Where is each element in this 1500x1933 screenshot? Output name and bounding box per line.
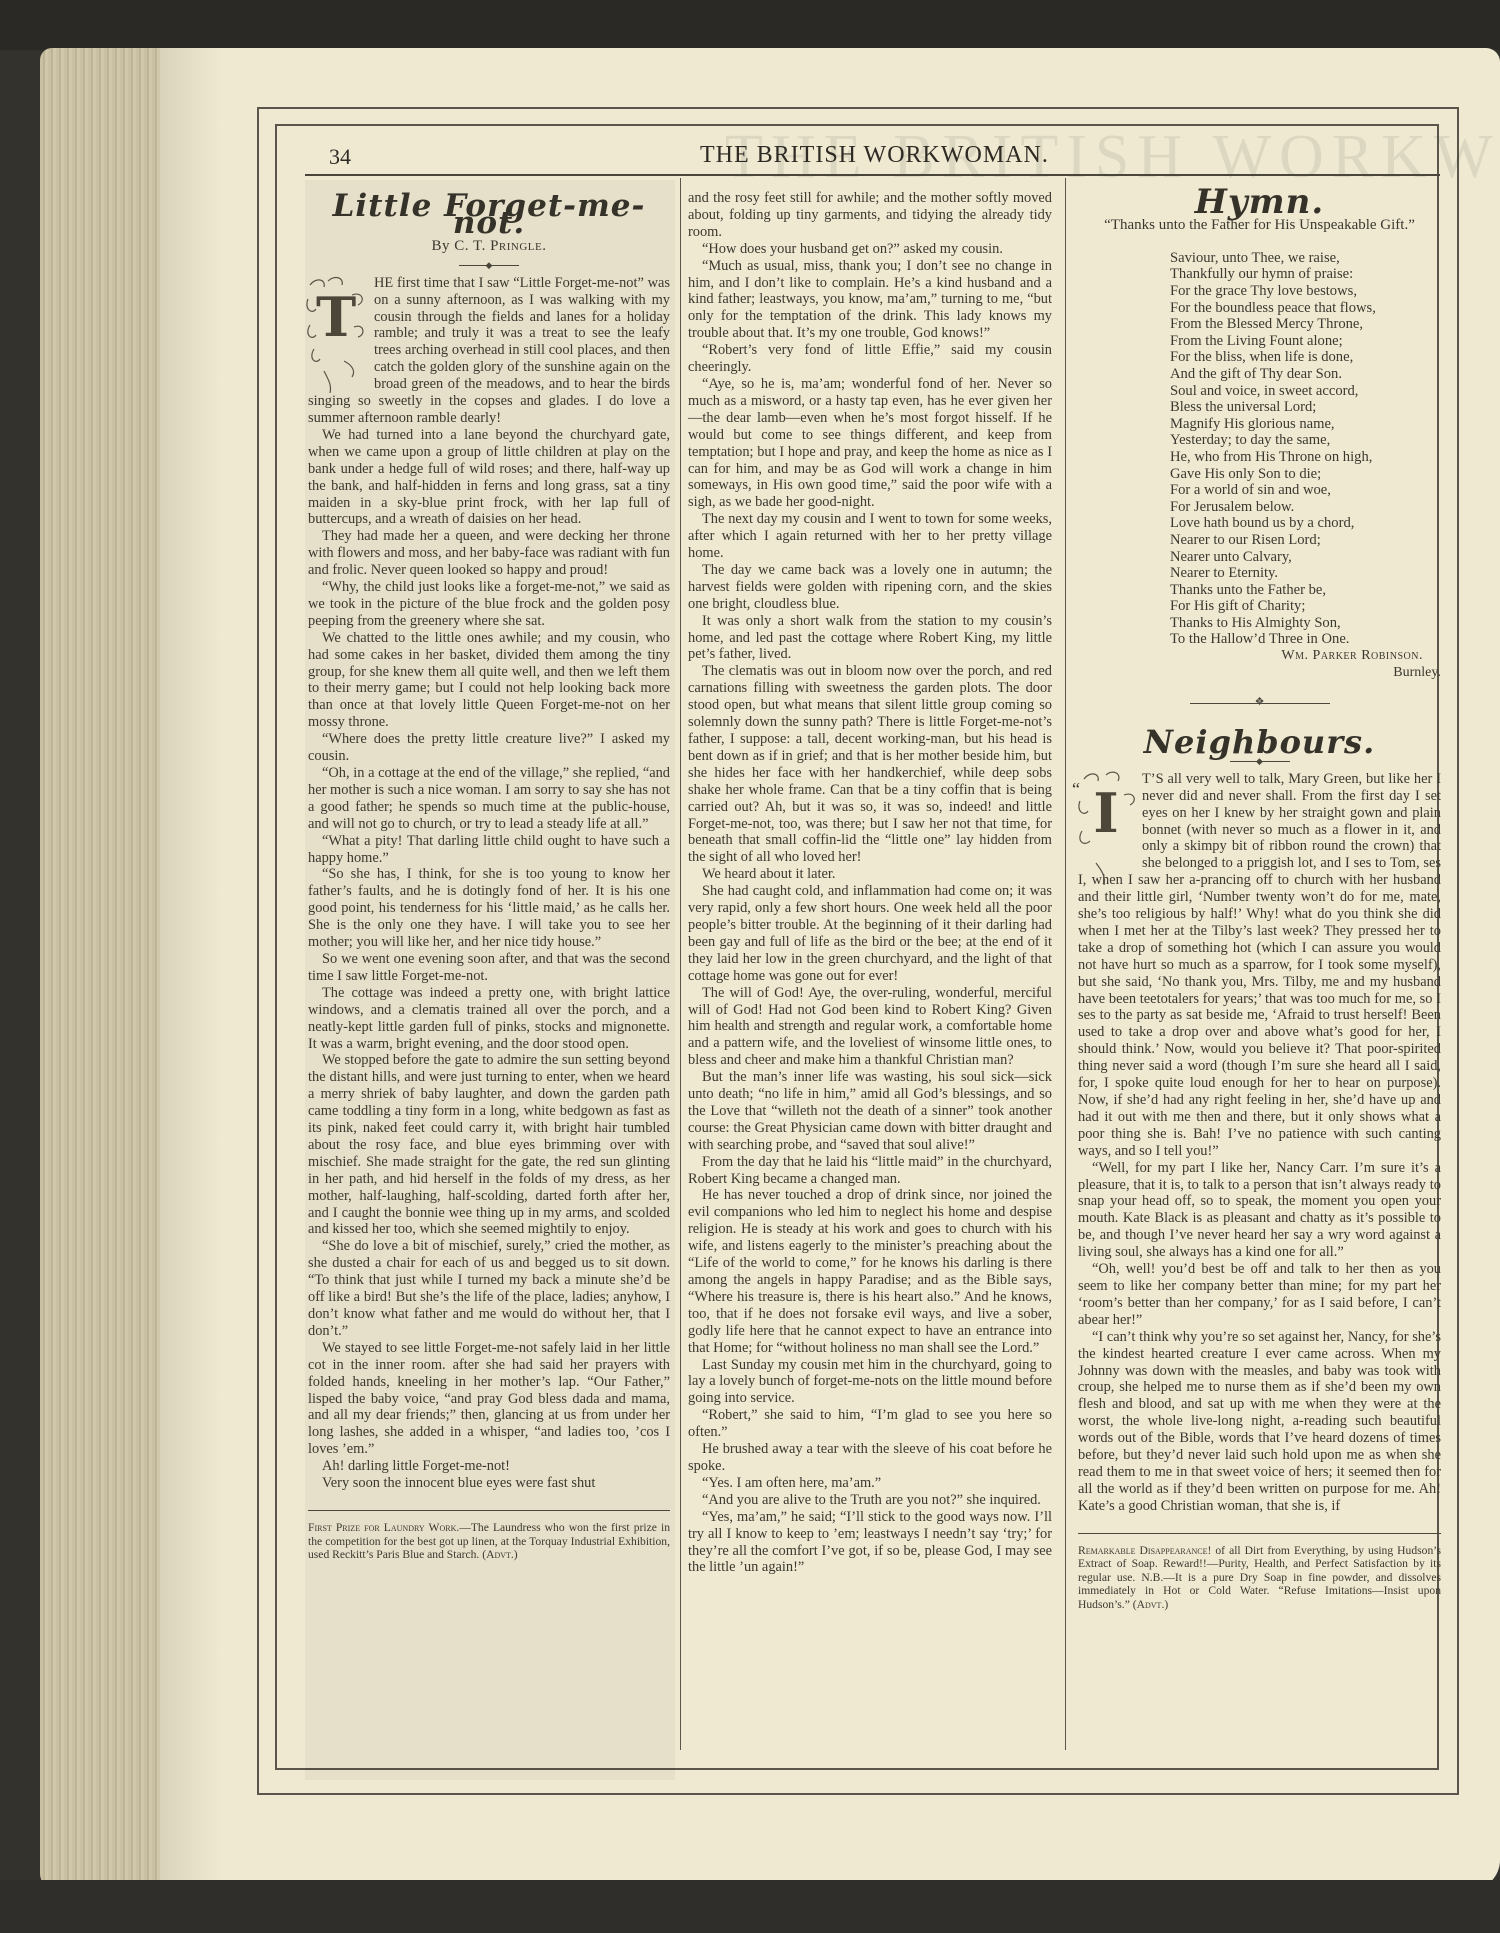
verse-line: Thanks unto the Father be, — [1170, 582, 1441, 599]
story-title: Little Forget-me-not. — [308, 198, 670, 232]
hymn-title: Hymn. — [1078, 194, 1441, 211]
paragraph: “So she has, I think, for she is too you… — [308, 866, 670, 951]
scan-backdrop-top — [0, 0, 1500, 50]
advert-tag: (Advt.) — [482, 1548, 517, 1561]
paragraph: “What a pity! That darling little child … — [308, 833, 670, 867]
gutter-shadow — [160, 48, 220, 1890]
verse-line: From the Blessed Mercy Throne, — [1170, 316, 1441, 333]
verse-line: Nearer to our Risen Lord; — [1170, 532, 1441, 549]
verse-line: Nearer unto Calvary, — [1170, 549, 1441, 566]
paragraph: “Why, the child just looks like a forget… — [308, 579, 670, 630]
verse-line: Bless the universal Lord; — [1170, 399, 1441, 416]
paragraph: We had turned into a lane beyond the chu… — [308, 427, 670, 528]
column-2: and the rosy feet still for awhile; and … — [688, 190, 1052, 1576]
verse-line: Yesterday; to day the same, — [1170, 432, 1441, 449]
paragraph: We stopped before the gate to admire the… — [308, 1052, 670, 1238]
column-divider-1 — [680, 178, 681, 1750]
paragraph: He has never touched a drop of drink sin… — [688, 1187, 1052, 1356]
paragraph: “And you are alive to the Truth are you … — [688, 1492, 1052, 1509]
verse-line: Nearer to Eternity. — [1170, 565, 1441, 582]
verse-line: For the boundless peace that flows, — [1170, 300, 1441, 317]
paragraph: The day we came back was a lovely one in… — [688, 562, 1052, 613]
paragraph: We chatted to the little ones awhile; an… — [308, 630, 670, 731]
publication-title: THE BRITISH WORKWOMAN. — [700, 142, 1049, 169]
scan-backdrop-bottom — [0, 1880, 1500, 1933]
hymn-author: Wm. Parker Robinson. — [1078, 648, 1423, 665]
column-divider-2 — [1065, 178, 1066, 1750]
paragraph: It was only a short walk from the statio… — [688, 613, 1052, 664]
hymn-verse: Saviour, unto Thee, we raise, Thankfully… — [1170, 250, 1441, 648]
advert-tag: (Advt.) — [1133, 1598, 1168, 1611]
paragraph: So we went one evening soon after, and t… — [308, 951, 670, 985]
paragraph: “Yes. I am often here, ma’am.” — [688, 1475, 1052, 1492]
paragraph: They had made her a queen, and were deck… — [308, 528, 670, 579]
illuminated-initial: I — [1076, 771, 1136, 871]
paragraph: “Robert,” she said to him, “I’m glad to … — [688, 1407, 1052, 1441]
advert-heading: Remarkable Disappearance! — [1078, 1544, 1211, 1557]
verse-line: Soul and voice, in sweet accord, — [1170, 383, 1441, 400]
verse-line: Love hath bound us by a chord, — [1170, 515, 1441, 532]
running-header: THE BRITISH WORKWOMAN 34 THE BRITISH WOR… — [305, 136, 1445, 172]
advert-laundry: First Prize for Laundry Work.—The Laundr… — [308, 1510, 670, 1562]
verse-line: For the grace Thy love bestows, — [1170, 283, 1441, 300]
paragraph: From the day that he laid his “little ma… — [688, 1154, 1052, 1188]
advert-heading: First Prize for Laundry Work. — [308, 1521, 459, 1534]
verse-line: Saviour, unto Thee, we raise, — [1170, 250, 1441, 267]
verse-line: He, who from His Throne on high, — [1170, 449, 1441, 466]
ornament-divider-icon — [1230, 757, 1290, 765]
paragraph: “Much as usual, miss, thank you; I don’t… — [688, 258, 1052, 343]
verse-line: And the gift of Thy dear Son. — [1170, 366, 1441, 383]
column-1: Little Forget-me-not. By C. T. Pringle. … — [308, 190, 670, 1562]
paragraph: But the man’s inner life was wasting, hi… — [688, 1069, 1052, 1154]
illuminated-initial: T — [304, 275, 368, 393]
hymn-epigraph: “Thanks unto the Father for His Unspeaka… — [1078, 217, 1441, 234]
verse-line: For His gift of Charity; — [1170, 598, 1441, 615]
paragraph: Last Sunday my cousin met him in the chu… — [688, 1357, 1052, 1408]
story-byline: By C. T. Pringle. — [308, 238, 670, 255]
verse-line: Magnify His glorious name, — [1170, 416, 1441, 433]
paragraph: “Well, for my part I like her, Nancy Car… — [1078, 1160, 1441, 1261]
paragraph: The clematis was out in bloom now over t… — [688, 663, 1052, 866]
paragraph: Ah! darling little Forget-me-not! — [308, 1458, 670, 1475]
header-rule — [305, 174, 1440, 176]
paragraph: Very soon the innocent blue eyes were fa… — [308, 1475, 670, 1492]
paragraph: We stayed to see little Forget-me-not sa… — [308, 1340, 670, 1458]
column-3: Hymn. “Thanks unto the Father for His Un… — [1078, 190, 1441, 1612]
ornament-divider-icon — [1190, 698, 1330, 708]
verse-line: To the Hallow’d Three in One. — [1170, 631, 1441, 648]
verse-line: Gave His only Son to die; — [1170, 466, 1441, 483]
paragraph: The cottage was indeed a pretty one, wit… — [308, 985, 670, 1053]
paragraph: “Oh, well! you’d best be off and talk to… — [1078, 1261, 1441, 1329]
page-number: 34 — [329, 144, 351, 170]
book-page-edges — [40, 48, 170, 1888]
paragraph: He brushed away a tear with the sleeve o… — [688, 1441, 1052, 1475]
paragraph: “How does your husband get on?” asked my… — [688, 241, 1052, 258]
verse-line: Thanks to His Almighty Son, — [1170, 615, 1441, 632]
paragraph: “Oh, in a cottage at the end of the vill… — [308, 765, 670, 833]
hymn-place: Burnley. — [1078, 665, 1441, 682]
advert-soap: Remarkable Disappearance! of all Dirt fr… — [1078, 1533, 1441, 1612]
paragraph: The will of God! Aye, the over-ruling, w… — [688, 985, 1052, 1070]
paragraph: We heard about it later. — [688, 866, 1052, 883]
verse-line: Thankfully our hymn of praise: — [1170, 266, 1441, 283]
paragraph: She had caught cold, and inflammation ha… — [688, 883, 1052, 984]
paragraph: “Aye, so he is, ma’am; wonderful fond of… — [688, 376, 1052, 511]
verse-line: For a world of sin and woe, — [1170, 482, 1441, 499]
paragraph: The next day my cousin and I went to tow… — [688, 511, 1052, 562]
verse-line: For the bliss, when life is done, — [1170, 349, 1441, 366]
ornament-divider-icon — [459, 261, 519, 269]
paragraph: “I can’t think why you’re so set against… — [1078, 1329, 1441, 1515]
story-author: C. T. Pringle. — [454, 238, 546, 254]
neighbours-title: Neighbours. — [1078, 734, 1441, 751]
paragraph: “Yes, ma’am,” he said; “I’ll stick to th… — [688, 1509, 1052, 1577]
paragraph: “She do love a bit of mischief, surely,”… — [308, 1238, 670, 1339]
paragraph: “Where does the pretty little creature l… — [308, 731, 670, 765]
paragraph: and the rosy feet still for awhile; and … — [688, 190, 1052, 241]
verse-line: From the Living Fount alone; — [1170, 333, 1441, 350]
verse-line: For Jerusalem below. — [1170, 499, 1441, 516]
paragraph: “Robert’s very fond of little Effie,” sa… — [688, 342, 1052, 376]
